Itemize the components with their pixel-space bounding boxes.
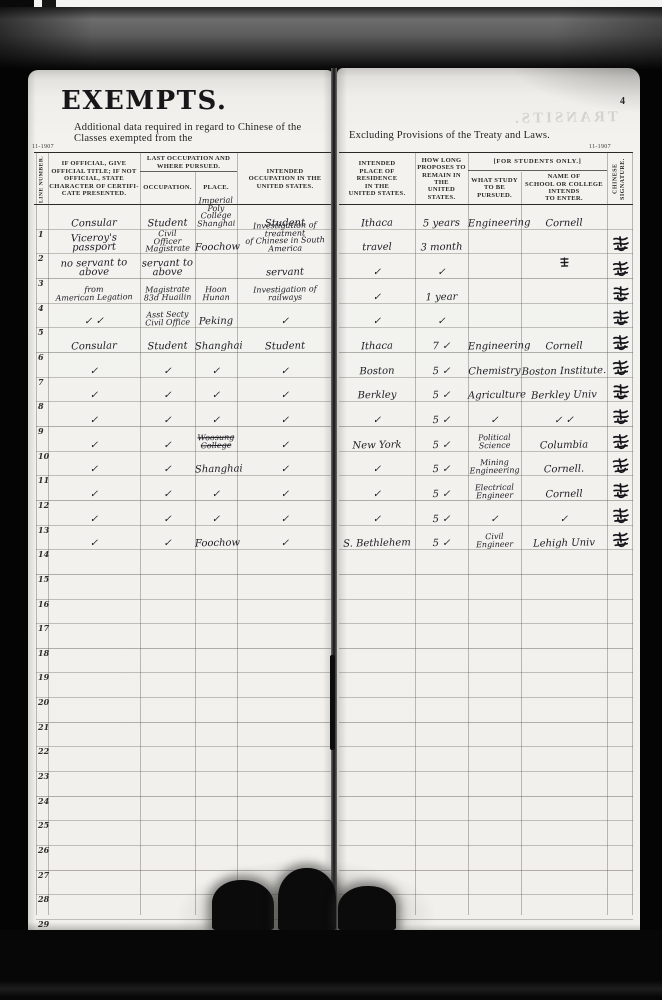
cell-school	[521, 572, 607, 574]
cell-occupation	[140, 622, 195, 623]
ledger-row: 3 no servant to above servant to above s…	[36, 254, 333, 279]
cell-occupation	[140, 597, 195, 598]
cell-school	[521, 843, 607, 845]
cell-how-long: 5 years	[415, 218, 468, 228]
cell-how-long	[415, 671, 468, 672]
cell-intended-occupation: ✓	[237, 538, 333, 549]
right-rows: Ithaca 5 years Engineering Cornell trave…	[339, 205, 633, 915]
cell-occupation: Student	[140, 341, 195, 351]
cell-occupation	[140, 572, 195, 573]
ledger-row: 25	[36, 797, 333, 822]
cell-place	[195, 770, 237, 771]
fingertip	[212, 880, 274, 930]
cell-study	[468, 326, 521, 327]
ledger-row	[339, 747, 633, 772]
cell-study: Civil Engineer	[468, 532, 521, 548]
ledger-row: 12 ✓ ✓ ✓ ✓	[36, 476, 333, 501]
cell-intended-occupation: ✓	[237, 440, 333, 451]
cell-school: Cornell	[521, 218, 607, 229]
cell-study	[468, 646, 521, 647]
cell-residence: ✓	[339, 415, 415, 426]
cell-study: Engineering	[468, 341, 521, 351]
cell-study	[468, 252, 521, 253]
cell-school	[521, 621, 607, 623]
cell-intended-occupation: ✓	[237, 316, 333, 327]
chinese-signature-mark	[610, 482, 630, 500]
ledger-row: 11 ✓ ✓ Shanghai ✓	[36, 452, 333, 477]
cell-residence	[339, 819, 415, 821]
cell-official-title: Consular	[48, 218, 140, 229]
ghost-bleedthrough-text: TRANSITS.	[512, 109, 618, 128]
cell-residence: Boston	[339, 366, 415, 377]
cell-school	[521, 868, 607, 870]
ledger-row: 13 ✓ ✓ ✓ ✓	[36, 501, 333, 526]
page-subtitle-right: Excluding Provisions of the Treaty and L…	[349, 130, 599, 141]
cell-official-title: ✓ ✓	[48, 316, 140, 327]
cell-place	[195, 844, 237, 845]
chinese-character-mark	[558, 257, 569, 268]
cell-official-title	[48, 646, 140, 648]
ledger-row: 10 ✓ ✓ Woosung College ✓	[36, 427, 333, 452]
cell-school	[521, 794, 607, 796]
cell-chinese-signature	[607, 409, 633, 426]
cell-place: Foochow	[195, 243, 237, 253]
ledger-row: ✓ ✓	[339, 304, 633, 329]
chinese-signature-mark	[610, 409, 629, 426]
cell-how-long: 1 year	[415, 292, 468, 302]
cell-school: Cornell	[521, 341, 607, 352]
cell-study: Mining Engineering	[468, 458, 521, 474]
cell-occupation	[140, 720, 195, 721]
cell-place: ✓	[195, 366, 237, 376]
ledger-row: Berkley 5 ✓ Agriculture Berkley Univ	[339, 378, 633, 403]
cell-place: ✓	[195, 391, 237, 401]
ledger-row: 16	[36, 575, 333, 600]
cell-study	[468, 745, 521, 746]
cell-occupation: Civil Officer Magistrate	[140, 229, 195, 253]
cell-place	[195, 720, 237, 721]
cell-how-long: 7 ✓	[415, 341, 468, 351]
header-how-long: HOW LONG PROPOSES TO REMAIN IN THE UNITE…	[415, 154, 468, 204]
ledger-row	[339, 797, 633, 822]
cell-intended-occupation: Student	[237, 341, 333, 352]
cell-occupation: Magistrate 83d Huailin	[140, 286, 195, 302]
chinese-signature-mark	[610, 384, 630, 402]
cell-official-title	[48, 572, 140, 574]
cell-occupation: ✓	[140, 366, 195, 376]
cell-chinese-signature	[607, 335, 633, 352]
ledger-row	[339, 772, 633, 797]
cell-intended-occupation: servant	[237, 267, 333, 278]
form-number-left: 11-1907	[32, 144, 54, 150]
cell-chinese-signature	[607, 458, 633, 475]
cell-study	[468, 720, 521, 721]
cell-occupation	[140, 843, 195, 844]
cell-how-long: 3 month	[415, 243, 468, 253]
cell-how-long	[415, 622, 468, 623]
cell-how-long: 5 ✓	[415, 489, 468, 499]
cell-occupation: ✓	[140, 539, 195, 549]
cell-residence: ✓	[339, 464, 415, 475]
header-what-study: WHAT STUDY TO BE PURSUED.	[468, 172, 521, 204]
cell-place: Foochow	[195, 539, 237, 549]
cell-school	[521, 247, 608, 278]
ledger-row: ✓ 5 ✓ ✓ ✓	[339, 501, 633, 526]
cell-intended-occupation	[237, 670, 333, 672]
cell-official-title: no servant to above	[48, 258, 140, 278]
cell-residence	[339, 646, 415, 648]
cell-place	[195, 646, 237, 647]
cell-residence	[339, 843, 415, 845]
cell-residence	[339, 794, 415, 796]
cell-how-long: 5 ✓	[415, 440, 468, 450]
ledger-row: 15	[36, 550, 333, 575]
ledger-row: ✓ 5 ✓ ✓ ✓ ✓	[339, 402, 633, 427]
cell-chinese-signature	[607, 261, 633, 278]
cell-place: ✓	[195, 514, 237, 524]
cell-how-long	[415, 819, 468, 820]
header-intended-occupation: INTENDED OCCUPATION IN THE UNITED STATES…	[237, 154, 333, 204]
cell-place	[195, 745, 237, 746]
cell-place	[195, 794, 237, 795]
chinese-signature-mark	[610, 532, 630, 550]
cell-place: Imperial Poly College Shanghai	[195, 197, 238, 228]
ledger-right-page: 4 TRANSITS. Excluding Provisions of the …	[337, 68, 640, 932]
cell-school	[521, 325, 607, 327]
cell-residence: ✓	[339, 316, 415, 327]
header-last-occupation-group: LAST OCCUPATION AND WHERE PURSUED.	[140, 154, 237, 172]
cell-occupation	[140, 696, 195, 697]
cell-intended-occupation	[237, 769, 333, 771]
chinese-signature-mark	[610, 359, 630, 377]
ledger-row	[339, 550, 633, 575]
cell-school	[521, 671, 607, 673]
cell-official-title	[48, 843, 140, 845]
cell-school	[521, 720, 607, 722]
ledger-row: ✓ ✓	[339, 254, 633, 279]
cell-occupation: ✓	[140, 489, 195, 499]
cell-study	[468, 794, 521, 795]
cell-place: Woosung College	[195, 434, 237, 450]
cell-occupation: ✓	[140, 440, 195, 450]
cell-residence: Ithaca	[339, 218, 415, 229]
ledger-row: 7 ✓ ✓ ✓ ✓	[36, 353, 333, 378]
cell-occupation	[140, 794, 195, 795]
cell-place: ✓	[195, 489, 237, 499]
cell-how-long	[415, 572, 468, 573]
cell-official-title	[48, 720, 140, 722]
cell-study	[468, 844, 521, 845]
cell-chinese-signature	[607, 508, 633, 525]
ledger-row	[339, 575, 633, 600]
ledger-row: ✓ 5 ✓ Electrical Engineer Cornell	[339, 476, 633, 501]
cell-school: ✓	[521, 514, 607, 525]
ledger-row: 22	[36, 723, 333, 748]
cell-official-title	[48, 917, 140, 919]
cell-school: Columbia	[521, 440, 607, 451]
cell-how-long	[415, 696, 468, 697]
cell-intended-occupation: Investigation of railways	[237, 285, 333, 302]
cell-occupation	[140, 646, 195, 647]
cell-place	[195, 597, 237, 598]
cell-how-long: 5 ✓	[415, 415, 468, 425]
cell-official-title: Viceroy's passport	[48, 233, 140, 253]
cell-official-title: ✓	[48, 415, 140, 426]
cell-study	[468, 597, 521, 598]
ledger-row: ✓ 5 ✓ Mining Engineering Cornell.	[339, 452, 633, 477]
cell-intended-occupation: ✓	[237, 366, 333, 377]
cell-study: Agriculture	[468, 391, 521, 401]
ledger-row	[339, 649, 633, 674]
cell-how-long: ✓	[415, 267, 468, 277]
cell-residence	[339, 671, 415, 673]
ledger-row: 20	[36, 673, 333, 698]
cell-official-title: ✓	[48, 464, 140, 475]
ledger-row	[339, 698, 633, 723]
cell-study: ✓	[468, 415, 521, 425]
ledger-row: 8 ✓ ✓ ✓ ✓	[36, 378, 333, 403]
cell-school: Berkley Univ	[521, 390, 607, 401]
cell-intended-occupation: ✓	[237, 390, 333, 401]
cell-study	[468, 868, 521, 869]
ledger-row: 2 Viceroy's passport Civil Officer Magis…	[36, 230, 333, 255]
ledger-row	[339, 673, 633, 698]
cell-how-long	[415, 745, 468, 746]
cell-school	[521, 917, 607, 919]
chinese-signature-mark	[611, 508, 630, 525]
cell-school	[521, 301, 607, 303]
cell-place	[195, 671, 237, 672]
header-residence: INTENDED PLACE OF RESIDENCE IN THE UNITE…	[339, 154, 415, 204]
cell-how-long	[415, 770, 468, 771]
ledger-row: 17	[36, 600, 333, 625]
cell-intended-occupation	[237, 843, 333, 845]
cell-residence: Ithaca	[339, 341, 415, 352]
cell-study	[468, 572, 521, 573]
cell-how-long	[415, 844, 468, 845]
ledger-row: 18	[36, 624, 333, 649]
chinese-signature-mark	[610, 260, 630, 278]
cell-school: ✓ ✓	[521, 415, 607, 426]
cell-intended-occupation: ✓	[237, 514, 333, 525]
cell-how-long: 5 ✓	[415, 391, 468, 401]
cell-official-title	[48, 597, 140, 599]
fingertip	[338, 886, 396, 930]
cell-school	[521, 819, 607, 821]
cell-intended-occupation: ✓	[237, 415, 333, 426]
cell-official-title: Consular	[48, 341, 140, 352]
cell-occupation: ✓	[140, 465, 195, 475]
cell-place: Shanghai	[195, 341, 237, 351]
cell-official-title	[48, 794, 140, 796]
cell-intended-occupation	[237, 744, 333, 746]
ledger-row: Boston 5 ✓ Chemistry Boston Institute.	[339, 353, 633, 378]
ledger-row: 24	[36, 772, 333, 797]
film-top-edge	[0, 0, 662, 7]
cell-school: Cornell.	[521, 464, 607, 475]
ledger-row: 9 ✓ ✓ ✓ ✓	[36, 402, 333, 427]
cell-chinese-signature	[607, 434, 633, 451]
cell-residence: S. Bethlehem	[339, 538, 415, 549]
cell-official-title: from American Legation	[48, 285, 140, 302]
cell-study: Political Science	[468, 434, 521, 450]
header-official-title: IF OFFICIAL, GIVE OFFICIAL TITLE; IF NOT…	[48, 154, 140, 204]
cell-residence	[339, 769, 415, 771]
cell-residence	[339, 695, 415, 697]
cell-occupation: ✓	[140, 514, 195, 524]
cell-school	[521, 597, 607, 599]
header-students-only-group: [FOR STUDENTS ONLY.]	[468, 154, 607, 171]
chinese-signature-mark	[610, 335, 629, 352]
ledger-row	[339, 624, 633, 649]
page-gutter	[331, 68, 337, 932]
cell-chinese-signature	[607, 532, 633, 549]
cell-official-title	[48, 868, 140, 870]
ledger-row	[339, 723, 633, 748]
cell-occupation	[140, 770, 195, 771]
header-line-number: LINE NUMBER.	[36, 154, 48, 204]
chinese-signature-mark	[610, 457, 630, 476]
cell-intended-occupation	[237, 794, 333, 796]
cell-official-title	[48, 744, 140, 746]
cell-residence: Berkley	[339, 390, 415, 401]
cell-study	[468, 696, 521, 697]
header-chinese-signature: CHINESE SIGNATURE.	[608, 154, 632, 204]
cell-occupation: ✓	[140, 391, 195, 401]
cell-how-long	[415, 720, 468, 721]
cell-place: Shanghai	[195, 465, 237, 475]
cell-intended-occupation	[237, 646, 333, 648]
gutter-shadow	[330, 655, 335, 750]
header-occupation: OCCUPATION.	[140, 172, 195, 204]
cell-official-title: ✓	[48, 489, 140, 500]
cell-official-title	[48, 671, 140, 673]
ledger-row: 4 from American Legation Magistrate 83d …	[36, 279, 333, 304]
cell-official-title: ✓	[48, 366, 140, 377]
cell-how-long: 5 ✓	[415, 465, 468, 475]
ledger-row: 5 ✓ ✓ Asst Secty Civil Office Peking ✓	[36, 304, 333, 329]
cell-residence	[339, 621, 415, 623]
ledger-left-page: EXEMPTS. Additional data required in reg…	[28, 70, 333, 930]
cell-school	[521, 769, 607, 771]
cell-official-title	[48, 892, 140, 894]
cell-study	[468, 893, 521, 894]
cell-place	[195, 622, 237, 623]
cell-occupation: Asst Secty Civil Office	[140, 311, 195, 327]
cell-place	[195, 277, 237, 278]
cell-intended-occupation: Investigation of treatment of Chinese in…	[237, 221, 334, 253]
cell-place: ✓	[195, 415, 237, 425]
cell-chinese-signature	[607, 236, 633, 253]
cell-study	[468, 301, 521, 302]
cell-how-long: 5 ✓	[415, 514, 468, 524]
cell-school	[521, 646, 607, 648]
fingers	[196, 866, 416, 930]
cell-occupation	[140, 745, 195, 746]
cell-school: Boston Institute.	[521, 366, 607, 377]
cell-study	[468, 276, 521, 277]
film-bottom-band	[0, 930, 662, 1000]
cell-study: Engineering	[468, 218, 521, 228]
film-header-band	[0, 7, 662, 69]
page-title: EXEMPTS.	[61, 86, 227, 116]
cell-official-title: ✓	[48, 390, 140, 401]
cell-residence: New York	[339, 440, 415, 451]
ledger-row: S. Bethlehem 5 ✓ Civil Engineer Lehigh U…	[339, 526, 633, 551]
cell-how-long: 5 ✓	[415, 366, 468, 376]
cell-chinese-signature	[607, 286, 633, 303]
ledger-row: 19	[36, 649, 333, 674]
ledger-row: Ithaca 7 ✓ Engineering Cornell	[339, 328, 633, 353]
cell-study	[468, 819, 521, 820]
ledger-row	[339, 600, 633, 625]
cell-occupation: Student	[140, 218, 195, 228]
cell-residence	[339, 572, 415, 574]
cell-residence	[339, 745, 415, 747]
cell-intended-occupation	[237, 596, 333, 598]
cell-chinese-signature	[607, 310, 633, 327]
cell-residence: ✓	[339, 514, 415, 525]
cell-school: Lehigh Univ	[521, 538, 607, 549]
page-subtitle-left: Additional data required in regard to Ch…	[74, 122, 326, 144]
cell-intended-occupation	[237, 572, 333, 574]
cell-residence: ✓	[339, 292, 415, 303]
cell-study	[468, 671, 521, 672]
cell-residence: ✓	[339, 267, 415, 278]
ledger-row: 26	[36, 821, 333, 846]
cell-intended-occupation	[237, 818, 333, 820]
cell-occupation	[140, 671, 195, 672]
chinese-signature-mark	[610, 433, 630, 451]
cell-official-title	[48, 695, 140, 697]
cell-official-title	[48, 818, 140, 820]
left-rows: 1 Consular Student Imperial Poly College…	[36, 205, 333, 915]
film-notch	[42, 0, 56, 7]
form-number-right: 11-1907	[589, 144, 611, 150]
cell-occupation: ✓	[140, 415, 195, 425]
cell-how-long	[415, 597, 468, 598]
cell-official-title: ✓	[48, 440, 140, 451]
cell-place: Peking	[195, 317, 237, 327]
chinese-signature-mark	[611, 236, 630, 253]
cell-how-long: 5 ✓	[415, 539, 468, 549]
cell-residence: travel	[339, 243, 415, 254]
ledger-row: New York 5 ✓ Political Science Columbia	[339, 427, 633, 452]
header-school: NAME OF SCHOOL OR COLLEGE INTENDS TO ENT…	[521, 172, 607, 204]
cell-study	[468, 917, 521, 918]
fingertip	[278, 868, 336, 930]
cell-intended-occupation	[237, 695, 333, 697]
cell-official-title: ✓	[48, 538, 140, 549]
cell-how-long: ✓	[415, 317, 468, 327]
chinese-signature-mark	[610, 285, 630, 304]
cell-place	[195, 696, 237, 697]
cell-official-title	[48, 621, 140, 623]
cell-study: Chemistry	[468, 366, 521, 376]
ledger-row: 21	[36, 698, 333, 723]
cell-school	[521, 695, 607, 697]
cell-occupation	[140, 819, 195, 820]
cell-intended-occupation: ✓	[237, 489, 333, 500]
ledger-row: 14 ✓ ✓ Foochow ✓	[36, 526, 333, 551]
cell-place	[195, 819, 237, 820]
cell-school: Cornell	[521, 489, 607, 500]
ledger-row: ✓ 1 year	[339, 279, 633, 304]
cell-school	[521, 745, 607, 747]
cell-study	[468, 770, 521, 771]
cell-study: Electrical Engineer	[468, 483, 521, 499]
cell-chinese-signature	[607, 360, 633, 377]
